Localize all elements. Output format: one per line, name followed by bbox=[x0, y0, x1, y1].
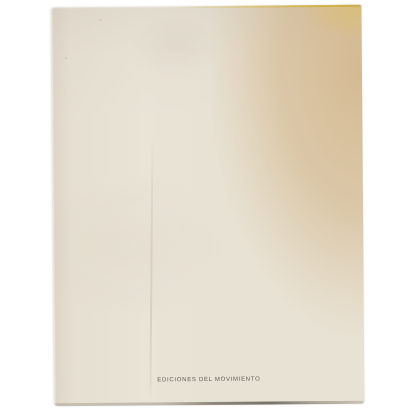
aged-tan-discoloration bbox=[211, 5, 364, 405]
book-back-cover: EDICIONES DEL MOVIMIENTO bbox=[50, 5, 364, 406]
top-right-yellowing bbox=[271, 5, 361, 61]
book-photo: EDICIONES DEL MOVIMIENTO bbox=[0, 0, 416, 416]
vertical-crease bbox=[149, 136, 153, 400]
bottom-edge-shadow bbox=[55, 401, 364, 406]
